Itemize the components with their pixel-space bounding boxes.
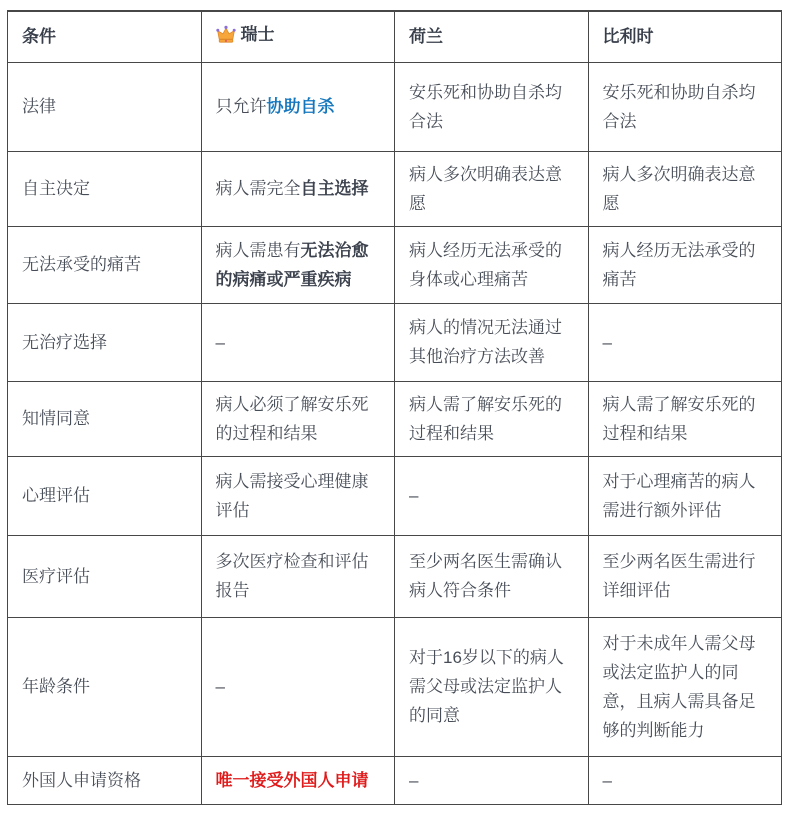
cell-age-netherlands: 对于16岁以下的病人需父母或法定监护人的同意: [395, 617, 589, 756]
cell-medical-netherlands: 至少两名医生需确认病人符合条件: [395, 535, 589, 617]
cell-treatment-belgium: –: [588, 303, 782, 381]
page: 条件: [7, 10, 782, 805]
cell-foreigner-netherlands: –: [395, 756, 589, 804]
row-label-medical-evaluation: 医疗评估: [8, 535, 202, 617]
cell-foreigner-belgium: –: [588, 756, 782, 804]
cell-autonomy-netherlands: 病人多次明确表达意愿: [395, 151, 589, 226]
cell-text: 病人需完全: [216, 179, 301, 198]
row-label-age-condition: 年龄条件: [8, 617, 202, 756]
crown-icon: [216, 25, 236, 44]
row-label-foreigner-eligibility: 外国人申请资格: [8, 756, 202, 804]
cell-consent-switzerland: 病人必须了解安乐死的过程和结果: [201, 381, 395, 456]
cell-text: 病人需患有: [216, 241, 301, 260]
cell-autonomy-switzerland: 病人需完全自主选择: [201, 151, 395, 226]
table-row-informed-consent: 知情同意 病人必须了解安乐死的过程和结果 病人需了解安乐死的过程和结果 病人需了…: [8, 381, 782, 456]
cell-bold-text: 自主选择: [301, 179, 369, 198]
cell-treatment-switzerland: –: [201, 303, 395, 381]
row-label-autonomy: 自主决定: [8, 151, 202, 226]
cell-medical-switzerland: 多次医疗检查和评估报告: [201, 535, 395, 617]
cell-law-belgium: 安乐死和协助自杀均合法: [588, 62, 782, 151]
cell-age-switzerland: –: [201, 617, 395, 756]
column-header-belgium: 比利时: [588, 11, 782, 62]
table-row-unbearable-suffering: 无法承受的痛苦 病人需患有无法治愈的病痛或严重疾病 病人经历无法承受的身体或心理…: [8, 226, 782, 303]
euthanasia-comparison-table: 条件: [7, 10, 782, 805]
row-label-law: 法律: [8, 62, 202, 151]
table-row-medical-evaluation: 医疗评估 多次医疗检查和评估报告 至少两名医生需确认病人符合条件 至少两名医生需…: [8, 535, 782, 617]
cell-suffering-switzerland: 病人需患有无法治愈的病痛或严重疾病: [201, 226, 395, 303]
cell-consent-belgium: 病人需了解安乐死的过程和结果: [588, 381, 782, 456]
column-header-netherlands-label: 荷兰: [409, 27, 443, 46]
table-row-no-treatment-option: 无治疗选择 – 病人的情况无法通过其他治疗方法改善 –: [8, 303, 782, 381]
cell-law-netherlands: 安乐死和协助自杀均合法: [395, 62, 589, 151]
row-label-no-treatment-option: 无治疗选择: [8, 303, 202, 381]
column-header-switzerland-label: 瑞士: [241, 20, 275, 49]
table-row-psych-evaluation: 心理评估 病人需接受心理健康评估 – 对于心理痛苦的病人需进行额外评估: [8, 456, 782, 535]
cell-suffering-belgium: 病人经历无法承受的痛苦: [588, 226, 782, 303]
header-row: 条件: [8, 11, 782, 62]
column-header-switzerland: 瑞士: [201, 11, 395, 62]
row-label-unbearable-suffering: 无法承受的痛苦: [8, 226, 202, 303]
assisted-suicide-link[interactable]: 协助自杀: [267, 97, 335, 116]
cell-suffering-netherlands: 病人经历无法承受的身体或心理痛苦: [395, 226, 589, 303]
cell-text: 只允许: [216, 97, 267, 116]
cell-treatment-netherlands: 病人的情况无法通过其他治疗方法改善: [395, 303, 589, 381]
column-header-condition: 条件: [8, 11, 202, 62]
table-row-law: 法律 只允许协助自杀 安乐死和协助自杀均合法 安乐死和协助自杀均合法: [8, 62, 782, 151]
cell-psych-netherlands: –: [395, 456, 589, 535]
column-header-belgium-label: 比利时: [603, 27, 654, 46]
table-row-autonomy: 自主决定 病人需完全自主选择 病人多次明确表达意愿 病人多次明确表达意愿: [8, 151, 782, 226]
cell-age-belgium: 对于未成年人需父母或法定监护人的同意，且病人需具备足够的判断能力: [588, 617, 782, 756]
column-header-condition-label: 条件: [22, 27, 56, 46]
cell-red-bold-text: 唯一接受外国人申请: [216, 771, 369, 790]
cell-medical-belgium: 至少两名医生需进行详细评估: [588, 535, 782, 617]
column-header-netherlands: 荷兰: [395, 11, 589, 62]
table-row-foreigner-eligibility: 外国人申请资格 唯一接受外国人申请 – –: [8, 756, 782, 804]
cell-psych-switzerland: 病人需接受心理健康评估: [201, 456, 395, 535]
cell-autonomy-belgium: 病人多次明确表达意愿: [588, 151, 782, 226]
cell-psych-belgium: 对于心理痛苦的病人需进行额外评估: [588, 456, 782, 535]
cell-foreigner-switzerland: 唯一接受外国人申请: [201, 756, 395, 804]
cell-law-switzerland: 只允许协助自杀: [201, 62, 395, 151]
cell-consent-netherlands: 病人需了解安乐死的过程和结果: [395, 381, 589, 456]
row-label-informed-consent: 知情同意: [8, 381, 202, 456]
row-label-psych-evaluation: 心理评估: [8, 456, 202, 535]
table-row-age-condition: 年龄条件 – 对于16岁以下的病人需父母或法定监护人的同意 对于未成年人需父母或…: [8, 617, 782, 756]
